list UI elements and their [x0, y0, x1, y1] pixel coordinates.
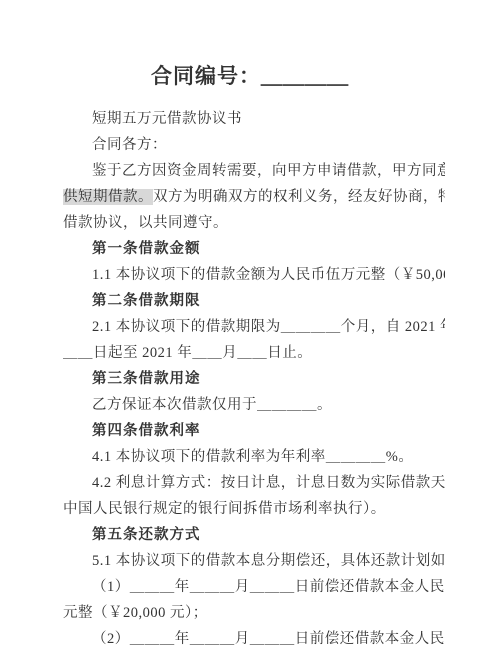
document-line: 供短期借款。双方为明确双方的权利义务，经友好协商，特订立本 — [63, 184, 445, 210]
section-heading-line: 第一条借款金额 — [63, 236, 445, 262]
section-heading-line: 第三条借款用途 — [63, 366, 445, 392]
section-heading-line: 第五条还款方式 — [63, 522, 445, 548]
contract-document-page: 合同编号：＿＿＿＿ 短期五万元借款协议书合同各方：鉴于乙方因资金周转需要，向甲方… — [0, 0, 500, 657]
document-body: 短期五万元借款协议书合同各方：鉴于乙方因资金周转需要，向甲方申请借款，甲方同意向… — [0, 106, 500, 652]
document-line: 2.1 本协议项下的借款期限为＿＿＿＿个月，自 2021 年＿＿月 — [63, 314, 445, 340]
document-line: 5.1 本协议项下的借款本息分期偿还，具体还款计划如下： — [63, 548, 445, 574]
document-line: 借款协议，以共同遵守。 — [63, 210, 445, 236]
document-line: 中国人民银行规定的银行间拆借市场利率执行）。 — [63, 496, 445, 522]
section-heading-line: 第二条借款期限 — [63, 288, 445, 314]
text-segment: 双方为明确双方的权利义务，经友好协商，特订立本 — [153, 189, 445, 205]
document-line: 1.1 本协议项下的借款金额为人民币伍万元整（￥50,000 元）。 — [63, 262, 445, 288]
document-line: 元整（￥20,000 元）； — [63, 600, 445, 626]
document-line: ＿＿日起至 2021 年＿＿月＿＿日止。 — [63, 340, 445, 366]
section-heading-line: 第四条借款利率 — [63, 418, 445, 444]
document-line: 乙方保证本次借款仅用于＿＿＿＿。 — [63, 392, 445, 418]
document-line: 4.2 利息计算方式：按日计息，计息日数为实际借款天数（按照 — [63, 470, 445, 496]
document-line: 合同各方： — [63, 132, 445, 158]
contract-number-title: 合同编号：＿＿＿＿ — [0, 64, 500, 90]
document-line: 4.1 本协议项下的借款利率为年利率＿＿＿＿%。 — [63, 444, 445, 470]
document-line: 短期五万元借款协议书 — [63, 106, 445, 132]
document-line: 鉴于乙方因资金周转需要，向甲方申请借款，甲方同意向乙方提 — [63, 158, 445, 184]
document-line: （2）＿＿＿年＿＿＿月＿＿＿日前偿还借款本金人民币贰万 — [63, 626, 445, 652]
highlighted-text: 供短期借款。 — [63, 189, 153, 205]
document-line: （1）＿＿＿年＿＿＿月＿＿＿日前偿还借款本金人民币贰万 — [63, 574, 445, 600]
